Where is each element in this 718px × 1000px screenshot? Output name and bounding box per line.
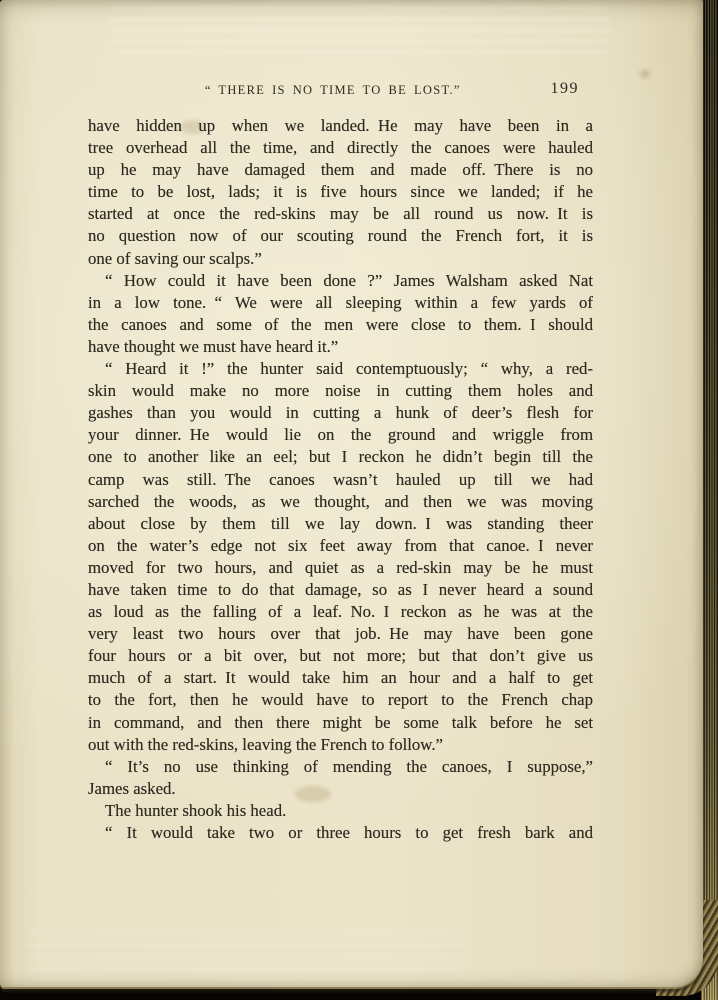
text-line: “ How could it have been done ?” James W…: [88, 270, 593, 292]
book-scan: “ THERE IS NO TIME TO BE LOST.” 199 have…: [0, 0, 718, 1000]
page-header: “ THERE IS NO TIME TO BE LOST.” 199: [88, 80, 593, 100]
text-line: on the water’s edge not six feet away fr…: [88, 535, 593, 557]
text-line: your dinner. He would lie on the ground …: [88, 424, 593, 446]
text-line: skin would make no more noise in cutting…: [88, 380, 593, 402]
text-line: have thought we must have heard it.”: [88, 336, 593, 358]
text-line: in a low tone. “ We were all sleeping wi…: [88, 292, 593, 314]
text-line: have taken time to do that damage, so as…: [88, 579, 593, 601]
text-line: to the fort, then he would have to repor…: [88, 689, 593, 711]
text-line: out with the red-skins, leaving the Fren…: [88, 734, 593, 756]
text-line: moved for two hours, and quiet as a red-…: [88, 557, 593, 579]
text-line: one to another like an eel; but I reckon…: [88, 446, 593, 468]
text-line: tree overhead all the time, and directly…: [88, 137, 593, 159]
text-line: one of saving our scalps.”: [88, 248, 593, 270]
book-page: “ THERE IS NO TIME TO BE LOST.” 199 have…: [0, 0, 703, 987]
text-line: camp was still. The canoes wasn’t hauled…: [88, 469, 593, 491]
text-line: time to be lost, lads; it is five hours …: [88, 181, 593, 203]
text-line: The hunter shook his head.: [88, 800, 593, 822]
text-line: up he may have damaged them and made off…: [88, 159, 593, 181]
text-line: in command, and then there might be some…: [88, 712, 593, 734]
scan-streak-bottom: [25, 931, 465, 973]
scan-streak-top: [110, 6, 610, 54]
text-line: four hours or a bit over, but not more; …: [88, 645, 593, 667]
text-line: very least two hours over that job. He m…: [88, 623, 593, 645]
text-line: “ It would take two or three hours to ge…: [88, 822, 593, 844]
text-block: have hidden up when we landed. He may ha…: [88, 115, 593, 844]
text-line: have hidden up when we landed. He may ha…: [88, 115, 593, 137]
text-line: sarched the woods, as we thought, and th…: [88, 491, 593, 513]
page-number: 199: [551, 80, 580, 98]
text-line: about close by them till we lay down. I …: [88, 513, 593, 535]
text-line: the canoes and some of the men were clos…: [88, 314, 593, 336]
text-line: “ Heard it !” the hunter said contemptuo…: [88, 358, 593, 380]
text-line: much of a start. It would take him an ho…: [88, 667, 593, 689]
paper-stain: [640, 70, 650, 78]
text-line: as loud as the falling of a leaf. No. I …: [88, 601, 593, 623]
text-line: no question now of our scouting round th…: [88, 225, 593, 247]
text-line: “ It’s no use thinking of mending the ca…: [88, 756, 593, 778]
running-title: “ THERE IS NO TIME TO BE LOST.”: [205, 83, 461, 98]
fore-edge-pages: [701, 0, 718, 1000]
text-line: gashes than you would in cutting a hunk …: [88, 402, 593, 424]
text-line: started at once the red-skins may be all…: [88, 203, 593, 225]
text-line: James asked.: [88, 778, 593, 800]
